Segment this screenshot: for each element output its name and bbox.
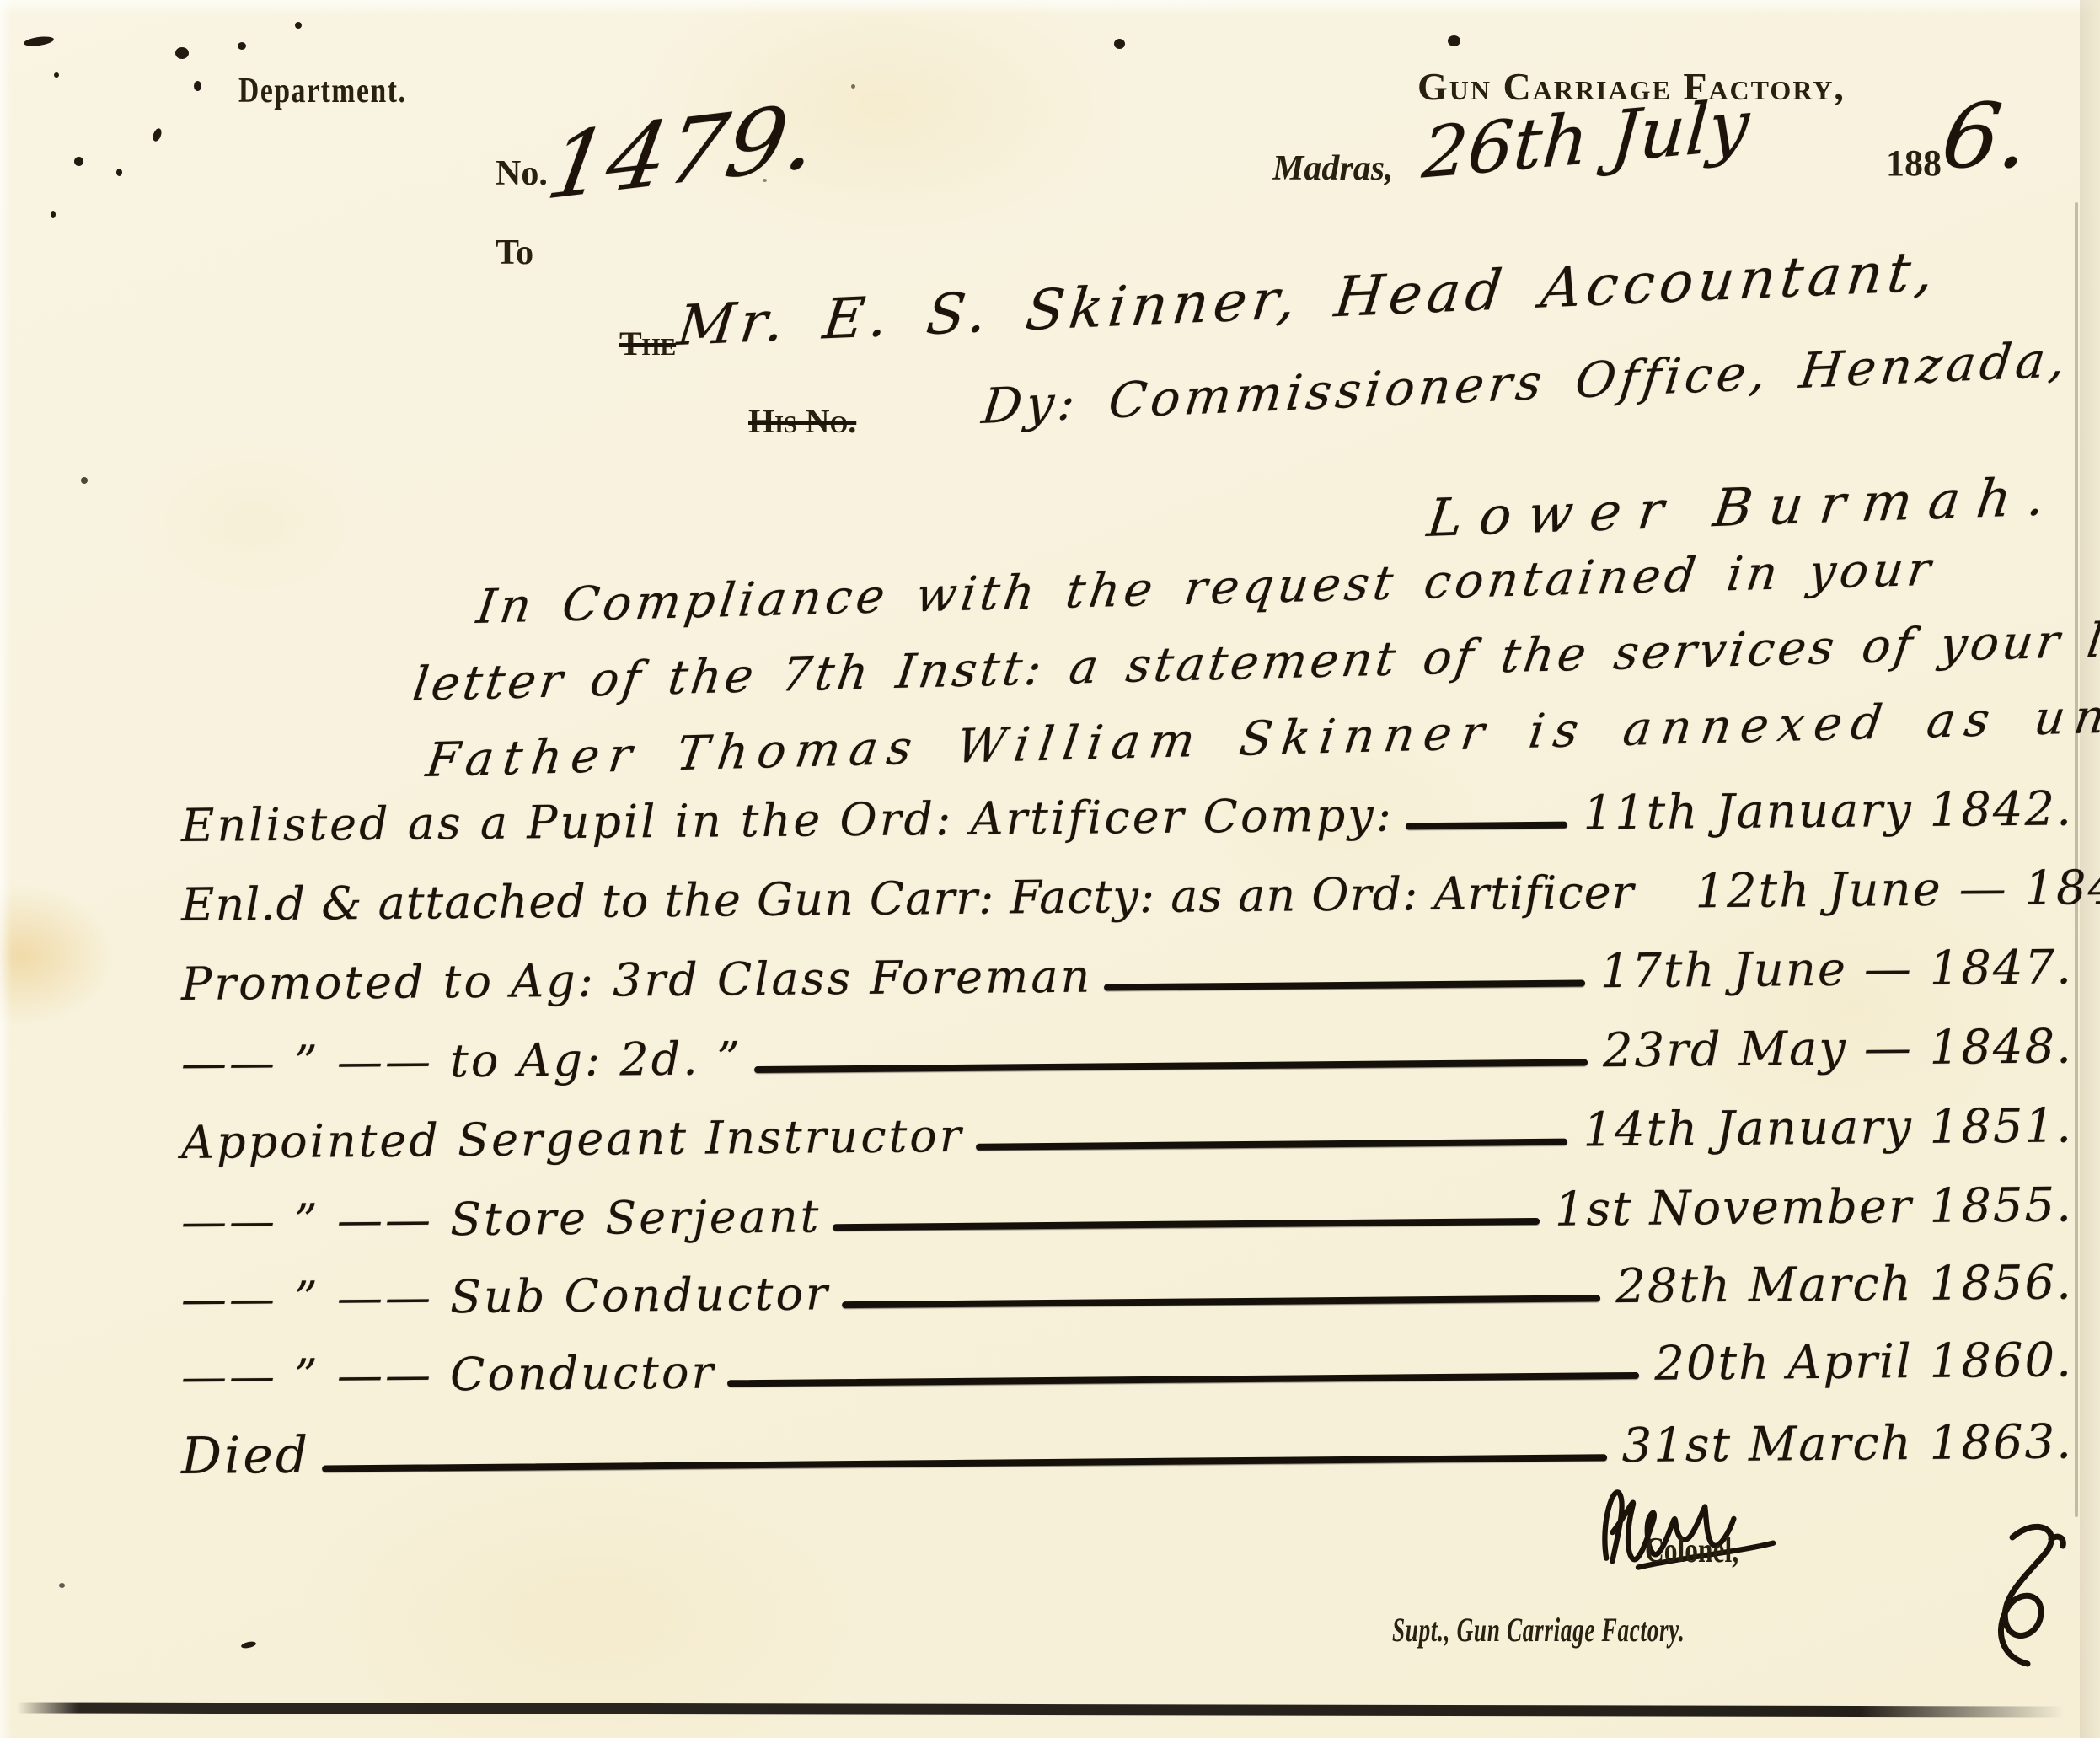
- supt-label: Supt., Gun Carriage Factory.: [1392, 1610, 1685, 1649]
- scan-bottom-edge-line: [17, 1702, 2065, 1717]
- ink-speck: [59, 1583, 65, 1588]
- service-date: 1st November 1855.: [1555, 1177, 2074, 1238]
- service-date: 14th January 1851.: [1583, 1097, 2073, 1158]
- ink-speck: [194, 81, 201, 91]
- scan-top-edge: [0, 0, 2100, 15]
- service-event: —— ” —— to Ag: 2d. ”: [181, 1033, 743, 1092]
- service-date: 31st March 1863.: [1621, 1413, 2073, 1474]
- ledger-rule-line: [322, 1454, 1606, 1472]
- ledger-rule-line: [754, 1059, 1588, 1074]
- ledger-rule-line: [833, 1218, 1540, 1231]
- addressee-line3: Lower Burmah.: [1424, 465, 2065, 549]
- ink-speck: [74, 157, 83, 166]
- service-row: —— ” —— Store Serjeant 1st November 1855…: [181, 1177, 2074, 1250]
- body-line1: In Compliance with the request contained…: [474, 542, 1938, 635]
- handwritten-year-digit: 6.: [1936, 84, 2035, 188]
- addressee-line1: Mr. E. S. Skinner, Head Accountant,: [674, 239, 1942, 358]
- signature-flourish: [1963, 1514, 2081, 1670]
- ink-speck: [1448, 35, 1460, 46]
- ink-speck: [23, 35, 54, 48]
- scan-left-edge: [0, 0, 12, 1738]
- ink-speck: [238, 42, 246, 50]
- service-row: —— ” —— to Ag: 2d. ” 23rd May — 1848.: [181, 1018, 2074, 1092]
- doc-number-value: 1479.: [540, 84, 825, 221]
- ink-speck: [51, 211, 56, 218]
- service-date: 11th January 1842.: [1583, 780, 2073, 841]
- service-event: —— ” —— Conductor: [181, 1346, 716, 1405]
- ledger-rule-line: [842, 1295, 1601, 1308]
- service-date: 12th June — 1844.: [1695, 859, 2100, 920]
- ink-speck: [152, 127, 163, 142]
- service-date: 23rd May — 1848.: [1603, 1018, 2074, 1079]
- service-event: Died: [181, 1425, 311, 1487]
- ink-speck: [1114, 39, 1125, 49]
- place-label: Madras,: [1272, 148, 1394, 189]
- to-label: To: [496, 233, 533, 273]
- service-event: Enl.d & attached to the Gun Carr: Facty:…: [181, 866, 1635, 933]
- ledger-rule-line: [1104, 980, 1584, 991]
- ink-speck: [240, 1640, 256, 1649]
- department-label: Department.: [238, 71, 407, 111]
- ink-speck: [81, 477, 88, 484]
- ledger-rule-line: [1406, 822, 1568, 830]
- printed-year-prefix: 188: [1886, 142, 1942, 185]
- service-row: Promoted to Ag: 3rd Class Foreman 17th J…: [181, 939, 2074, 1012]
- ledger-rule-line: [1647, 900, 1680, 907]
- ledger-rule-line: [727, 1372, 1639, 1387]
- service-row: —— ” —— Conductor 20th April 1860.: [181, 1332, 2074, 1405]
- service-date: 28th March 1856.: [1615, 1254, 2073, 1315]
- service-row: —— ” —— Sub Conductor 28th March 1856.: [181, 1254, 2074, 1328]
- ink-speck: [175, 47, 189, 59]
- service-event: Appointed Sergeant Instructor: [181, 1109, 964, 1171]
- service-date: 20th April 1860.: [1654, 1332, 2073, 1392]
- colonel-label: Colonel,: [1645, 1531, 1738, 1571]
- service-event: Enlisted as a Pupil in the Ord: Artifice…: [181, 789, 1395, 854]
- struck-his-no-label: His No.: [748, 401, 856, 441]
- service-event: —— ” —— Sub Conductor: [181, 1268, 830, 1328]
- ink-speck: [54, 72, 59, 78]
- service-date: 17th June — 1847.: [1599, 939, 2073, 1000]
- scanned-letter-page: Department. No. 1479. To Gun Carriage Fa…: [0, 0, 2100, 1738]
- service-event: —— ” —— Store Serjeant: [181, 1190, 822, 1250]
- service-row: Enlisted as a Pupil in the Ord: Artifice…: [181, 780, 2074, 854]
- service-row: Appointed Sergeant Instructor 14th Janua…: [181, 1097, 2074, 1171]
- ink-speck: [295, 22, 302, 29]
- ledger-rule-line: [976, 1139, 1568, 1151]
- ink-speck: [851, 84, 855, 89]
- service-event: Promoted to Ag: 3rd Class Foreman: [181, 950, 1093, 1012]
- addressee-line2: Dy: Commissioners Office, Henzada,: [979, 330, 2072, 435]
- signature-scrawl: [1593, 1468, 1820, 1590]
- service-row: Enl.d & attached to the Gun Carr: Facty:…: [181, 860, 2074, 933]
- struck-the-label: The: [619, 324, 676, 363]
- doc-number-label: No.: [496, 153, 548, 194]
- ink-speck: [116, 169, 122, 176]
